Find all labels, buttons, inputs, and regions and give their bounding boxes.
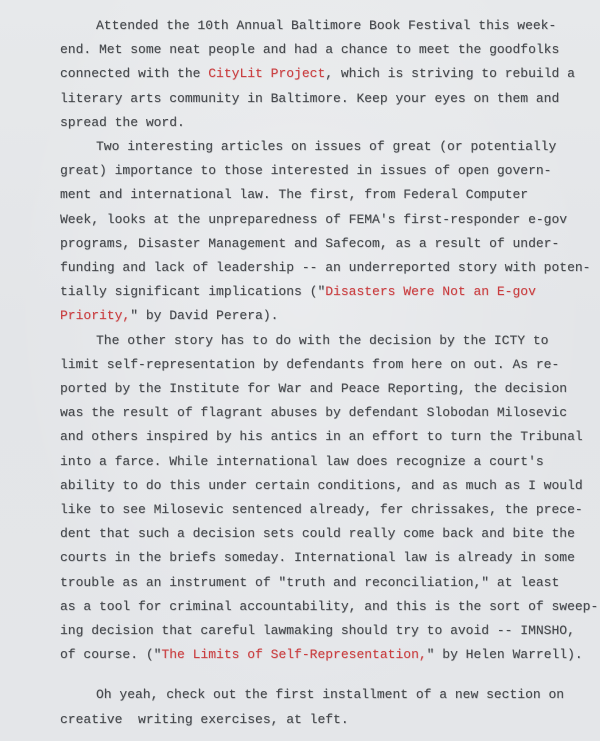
text-run: ability to do this under certain conditi… xyxy=(60,478,583,493)
text-run: programs, Disaster Management and Safeco… xyxy=(60,236,559,251)
text-run: The other story has to do with the decis… xyxy=(96,333,548,348)
text-line: ported by the Institute for War and Peac… xyxy=(60,377,580,401)
text-line: ment and international law. The first, f… xyxy=(60,183,580,207)
text-run: creative writing exercises, at left. xyxy=(60,712,349,727)
text-line: into a farce. While international law do… xyxy=(60,450,580,474)
text-line: like to see Milosevic sentenced already,… xyxy=(60,498,580,522)
text-line: was the result of flagrant abuses by def… xyxy=(60,401,580,425)
text-run: ing decision that careful lawmaking shou… xyxy=(60,623,575,638)
text-run: ment and international law. The first, f… xyxy=(60,187,528,202)
text-line: of course. ("The Limits of Self-Represen… xyxy=(60,643,580,667)
text-line: Two interesting articles on issues of gr… xyxy=(60,135,580,159)
text-run: " by Helen Warrell). xyxy=(427,647,583,662)
hyperlink-text[interactable]: Disasters Were Not an E-gov xyxy=(325,284,536,299)
text-line: and others inspired by his antics in an … xyxy=(60,425,580,449)
text-line: programs, Disaster Management and Safeco… xyxy=(60,232,580,256)
text-line: limit self-representation by defendants … xyxy=(60,353,580,377)
text-run: , which is striving to rebuild a xyxy=(325,66,575,81)
text-run: courts in the briefs someday. Internatio… xyxy=(60,550,575,565)
text-line: The other story has to do with the decis… xyxy=(60,329,580,353)
text-line: ability to do this under certain conditi… xyxy=(60,474,580,498)
text-run: tially significant implications (" xyxy=(60,284,325,299)
text-run: spread the word. xyxy=(60,115,185,130)
text-line: dent that such a decision sets could rea… xyxy=(60,522,580,546)
text-run: dent that such a decision sets could rea… xyxy=(60,526,575,541)
text-line: connected with the CityLit Project, whic… xyxy=(60,62,580,86)
text-line: tially significant implications ("Disast… xyxy=(60,280,580,304)
text-line: end. Met some neat people and had a chan… xyxy=(60,38,580,62)
text-run: Two interesting articles on issues of gr… xyxy=(96,139,556,154)
text-run: Week, looks at the unpreparedness of FEM… xyxy=(60,212,567,227)
text-run: limit self-representation by defendants … xyxy=(60,357,559,372)
document-body: Attended the 10th Annual Baltimore Book … xyxy=(0,0,600,732)
text-line: spread the word. xyxy=(60,111,580,135)
paragraph: Two interesting articles on issues of gr… xyxy=(60,135,580,329)
hyperlink-text[interactable]: Priority, xyxy=(60,308,130,323)
hyperlink-text[interactable]: The Limits of Self-Representation, xyxy=(161,647,426,662)
text-run: " by David Perera). xyxy=(130,308,278,323)
text-line: courts in the briefs someday. Internatio… xyxy=(60,546,580,570)
text-run: great) importance to those interested in… xyxy=(60,163,551,178)
text-run: Oh yeah, check out the first installment… xyxy=(96,687,564,702)
paragraph: Oh yeah, check out the first installment… xyxy=(60,683,580,731)
hyperlink-text[interactable]: CityLit Project xyxy=(208,66,325,81)
text-run: as a tool for criminal accountability, a… xyxy=(60,599,598,614)
text-line: ing decision that careful lawmaking shou… xyxy=(60,619,580,643)
text-line: great) importance to those interested in… xyxy=(60,159,580,183)
text-run: like to see Milosevic sentenced already,… xyxy=(60,502,583,517)
paragraph: Attended the 10th Annual Baltimore Book … xyxy=(60,14,580,135)
text-run: Attended the 10th Annual Baltimore Book … xyxy=(96,18,556,33)
text-run: trouble as an instrument of "truth and r… xyxy=(60,575,559,590)
text-line: Week, looks at the unpreparedness of FEM… xyxy=(60,208,580,232)
text-line: trouble as an instrument of "truth and r… xyxy=(60,571,580,595)
text-run: funding and lack of leadership -- an und… xyxy=(60,260,591,275)
text-run: literary arts community in Baltimore. Ke… xyxy=(60,91,559,106)
text-run: was the result of flagrant abuses by def… xyxy=(60,405,567,420)
text-run: ported by the Institute for War and Peac… xyxy=(60,381,567,396)
text-run: of course. (" xyxy=(60,647,161,662)
text-line: funding and lack of leadership -- an und… xyxy=(60,256,580,280)
typewritten-page: Attended the 10th Annual Baltimore Book … xyxy=(0,0,600,741)
text-line: Priority," by David Perera). xyxy=(60,304,580,328)
text-run: into a farce. While international law do… xyxy=(60,454,544,469)
text-line: creative writing exercises, at left. xyxy=(60,708,580,732)
text-line: as a tool for criminal accountability, a… xyxy=(60,595,580,619)
text-line: Attended the 10th Annual Baltimore Book … xyxy=(60,14,580,38)
text-line: Oh yeah, check out the first installment… xyxy=(60,683,580,707)
text-run: and others inspired by his antics in an … xyxy=(60,429,583,444)
text-line: literary arts community in Baltimore. Ke… xyxy=(60,87,580,111)
text-run: connected with the xyxy=(60,66,208,81)
text-run: end. Met some neat people and had a chan… xyxy=(60,42,559,57)
paragraph: The other story has to do with the decis… xyxy=(60,329,580,668)
